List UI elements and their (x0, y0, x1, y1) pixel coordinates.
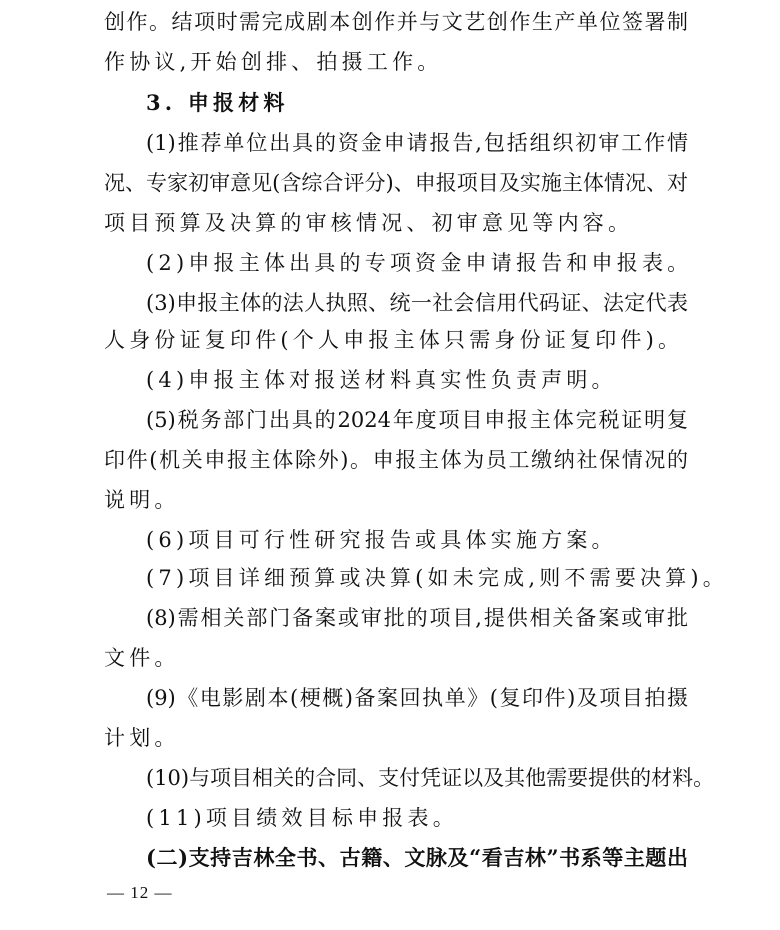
text-line: (5)税务部门出具的2024年度项目申报主体完税证明复 (146, 400, 688, 440)
document-page: 创作。结项时需完成剧本创作并与文艺创作生产单位签署制作协议,开始创排、拍摄工作。… (0, 0, 780, 930)
text-line: (3)申报主体的法人执照、统一社会信用代码证、法定代表 (146, 283, 688, 323)
section-heading-line: (二)支持吉林全书、古籍、文脉及“看吉林”书系等主题出 (146, 838, 688, 878)
text-line: 说明。 (104, 480, 688, 520)
section-heading-line: 3. 申报材料 (146, 83, 688, 123)
text-line: 印件(机关申报主体除外)。申报主体为员工缴纳社保情况的 (104, 440, 688, 480)
text-line: (9)《电影剧本(梗概)备案回执单》(复印件)及项目拍摄 (146, 678, 688, 718)
text-line: (8)需相关部门备案或审批的项目,提供相关备案或审批 (146, 598, 688, 638)
text-line: (1)推荐单位出具的资金申请报告,包括组织初审工作情 (146, 123, 688, 163)
text-line: 计划。 (104, 718, 688, 758)
text-line: (11)项目绩效目标申报表。 (146, 798, 688, 838)
text-line: 文件。 (104, 638, 688, 678)
text-line: (6)项目可行性研究报告或具体实施方案。 (146, 520, 688, 560)
text-line: 项目预算及决算的审核情况、初审意见等内容。 (104, 203, 688, 243)
text-line: 创作。结项时需完成剧本创作并与文艺创作生产单位签署制 (104, 2, 688, 42)
text-line: 作协议,开始创排、拍摄工作。 (104, 42, 688, 82)
page-number: — 12 — (107, 880, 173, 906)
text-line: (10)与项目相关的合同、支付凭证以及其他需要提供的材料。 (146, 758, 688, 798)
text-line: (2)申报主体出具的专项资金申请报告和申报表。 (146, 243, 688, 283)
text-line: (4)申报主体对报送材料真实性负责声明。 (146, 360, 688, 400)
text-line: 况、专家初审意见(含综合评分)、申报项目及实施主体情况、对 (104, 163, 688, 203)
text-line: (7)项目详细预算或决算(如未完成,则不需要决算)。 (146, 558, 688, 598)
text-line: 人身份证复印件(个人申报主体只需身份证复印件)。 (104, 320, 688, 360)
